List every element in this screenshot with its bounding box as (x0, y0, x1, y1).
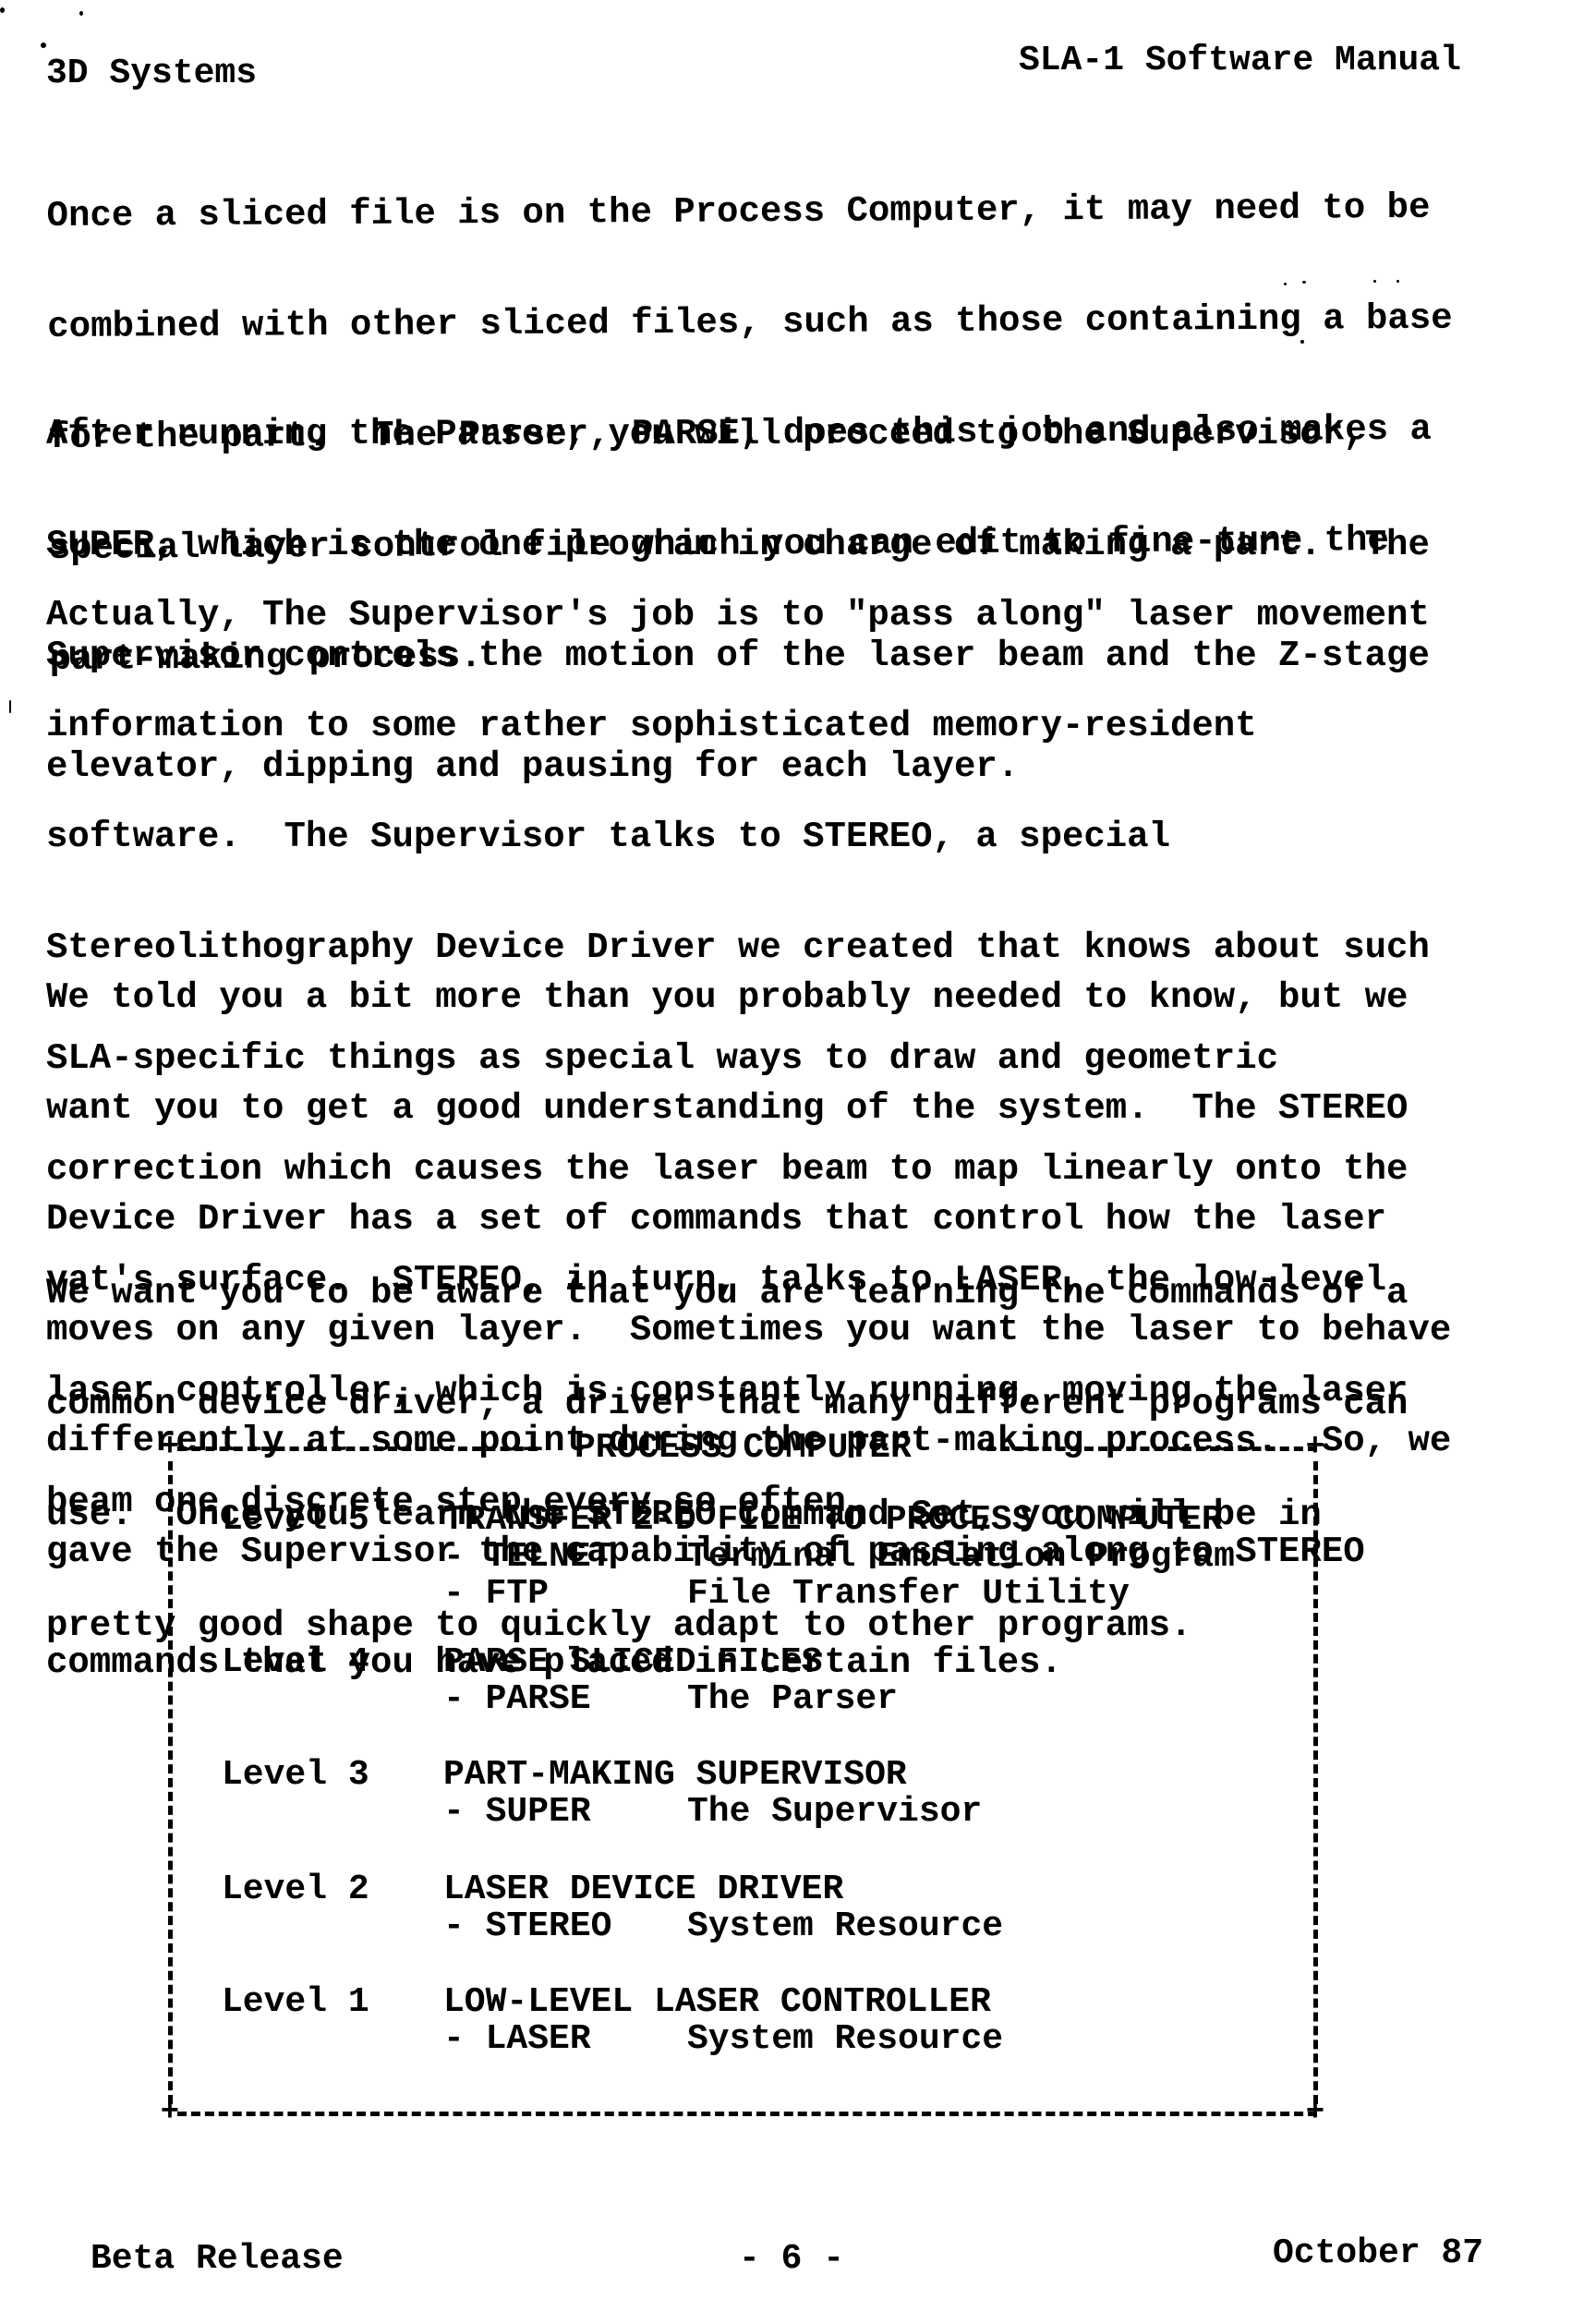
program-name: - FTP (443, 1576, 549, 1613)
text-line: After running the Parser, you will proce… (46, 416, 1430, 453)
program-name: - LASER (443, 2021, 591, 2058)
program-name: - SUPER (443, 1794, 591, 1831)
level-label: Level 3 (222, 1757, 369, 1794)
box-border-right (1313, 1461, 1318, 2104)
level-title: LOW-LEVEL LASER CONTROLLER (443, 1984, 991, 2021)
scan-speck (0, 7, 5, 13)
level-row: Level 1 LOW-LEVEL LASER CONTROLLER - LAS… (222, 1984, 348, 2169)
box-corner-plus: + (159, 1432, 181, 1463)
level-title: PARSE SLICED FILES (443, 1644, 822, 1681)
scan-speck (41, 42, 46, 48)
box-border-top-left (177, 1446, 538, 1451)
process-computer-diagram: + + + + PROCESS COMPUTER Level 5 TRANSFE… (164, 1430, 1330, 2119)
level-label: Level 4 (222, 1644, 369, 1681)
text-line: Once a sliced file is on the Process Com… (46, 189, 1451, 235)
program-name: - STEREO (443, 1908, 611, 1945)
text-line: information to some rather sophisticated… (46, 708, 1430, 744)
level-title: PART-MAKING SUPERVISOR (443, 1757, 907, 1794)
program-description: System Resource (687, 2021, 1003, 2058)
text-line: want you to get a good understanding of … (46, 1090, 1451, 1127)
footer-page-number: - 6 - (739, 2239, 844, 2279)
text-line: software. The Supervisor talks to STEREO… (46, 818, 1430, 855)
footer-release: Beta Release (91, 2239, 344, 2279)
program-description: Terminal Emulation Program (687, 1539, 1235, 1576)
footer-date: October 87 (1273, 2233, 1483, 2273)
text-line: common device driver, a driver that many… (46, 1386, 1408, 1422)
text-line: We want you to be aware that you are lea… (46, 1275, 1408, 1312)
document-page: 3D Systems SLA-1 Software Manual Once a … (0, 0, 1596, 2324)
text-line: Actually, The Supervisor's job is to "pa… (46, 597, 1430, 634)
box-corner-plus: + (1304, 2097, 1326, 2128)
program-description: System Resource (687, 1908, 1003, 1945)
level-label: Level 5 (222, 1502, 369, 1539)
box-corner-plus: + (159, 2097, 181, 2128)
program-name: - TELNET (443, 1539, 611, 1576)
level-label: Level 1 (222, 1984, 369, 2021)
text-line: combined with other sliced files, such a… (47, 300, 1452, 345)
diagram-title: PROCESS COMPUTER (574, 1430, 912, 1467)
box-border-bottom (177, 2112, 1317, 2116)
box-border-top-right (986, 1446, 1317, 1451)
scan-speck (79, 11, 83, 16)
level-title: TRANSFER 2-D FILE TO PROCESS COMPUTER (443, 1502, 1223, 1539)
box-border-left (168, 1461, 173, 2104)
text-line: We told you a bit more than you probably… (46, 979, 1451, 1016)
level-title: LASER DEVICE DRIVER (443, 1871, 843, 1908)
program-description: The Parser (687, 1681, 898, 1718)
program-entry: - LASER System Resource (443, 2021, 611, 2169)
program-description: The Supervisor (687, 1794, 982, 1831)
header-manual-title: SLA-1 Software Manual (1019, 41, 1461, 80)
scan-speck (9, 700, 11, 713)
header-company: 3D Systems (46, 54, 257, 93)
program-description: File Transfer Utility (687, 1576, 1130, 1613)
box-corner-plus: + (1304, 1432, 1326, 1463)
level-label: Level 2 (222, 1871, 369, 1908)
program-name: - PARSE (443, 1681, 591, 1718)
